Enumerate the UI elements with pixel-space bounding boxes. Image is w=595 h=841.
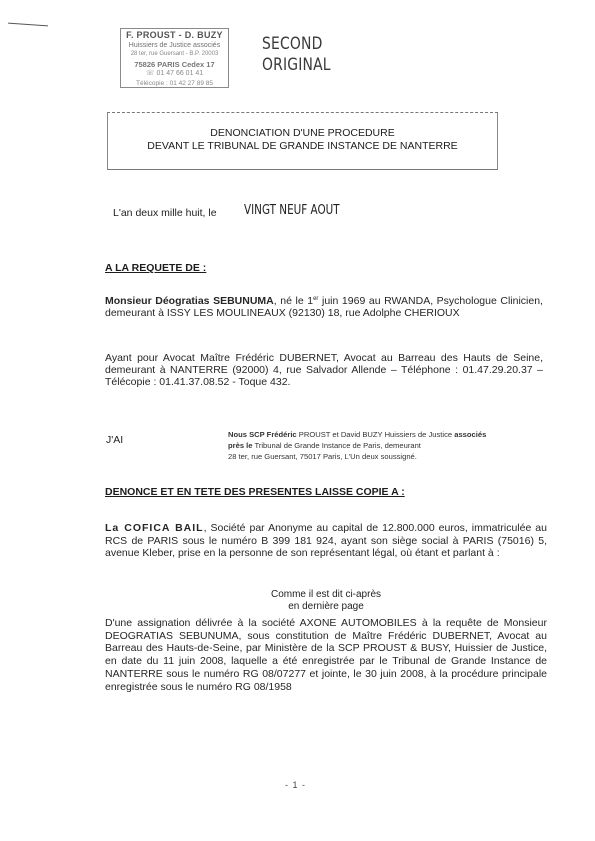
copy-mark: SECOND ORIGINAL — [262, 34, 346, 76]
date-handwritten: VINGT NEUF AOUT — [244, 203, 340, 218]
requerant-paragraph: Monsieur Déogratias SEBUNUMA, né le 1er … — [105, 295, 543, 319]
huissier-line2: près le Tribunal de Grande Instance de P… — [228, 440, 488, 451]
huissier-line1: Nous SCP Frédéric PROUST et David BUZY H… — [228, 429, 488, 440]
stamp-line-phone: ☏ 01 47 66 01 41 — [123, 69, 226, 79]
stamp-line-fax: Télécopie : 01 42 27 89 85 — [123, 79, 226, 89]
requerant-birth: , né le 1 — [274, 295, 313, 307]
stamp-line-city: 75826 PARIS Cedex 17 — [123, 60, 226, 70]
stamp-line-names: F. PROUST - D. BUZY — [123, 31, 226, 41]
denonce-heading: DENONCE ET EN TETE DES PRESENTES LAISSE … — [105, 486, 405, 498]
comme-line2: en dernière page — [105, 601, 547, 613]
huissier-line3: 28 ter, rue Guersant, 75017 Paris, L'Un … — [228, 451, 488, 462]
huissier-names: PROUST et David BUZY Huissiers de Justic… — [297, 430, 455, 439]
corner-pen-mark — [8, 23, 48, 27]
copy-mark-line2: ORIGINAL — [262, 55, 331, 76]
cofica-paragraph: La COFICA BAIL, Société par Anonyme au c… — [105, 522, 547, 560]
avocat-paragraph: Ayant pour Avocat Maître Frédéric DUBERN… — [105, 352, 543, 389]
company-name: La COFICA BAIL — [105, 522, 204, 534]
jai-label: J'AI — [106, 434, 123, 446]
huissier-tribunal: Tribunal de Grande Instance de Paris, de… — [252, 441, 420, 450]
copy-mark-line1: SECOND — [262, 34, 331, 55]
requerant-name: Monsieur Déogratias SEBUNUMA — [105, 295, 274, 307]
huissier-pres: près le — [228, 441, 252, 450]
requete-heading: A LA REQUETE DE : — [105, 262, 206, 274]
document-title-box: DENONCIATION D'UNE PROCEDURE DEVANT LE T… — [107, 112, 498, 170]
page-number: - 1 - — [285, 780, 306, 790]
comme-line1: Comme il est dit ci-après — [105, 589, 547, 601]
stamp-line-title: Huissiers de Justice associés — [123, 41, 226, 51]
date-prefix: L'an deux mille huit, le — [113, 207, 217, 219]
assignation-paragraph: D'une assignation délivrée à la société … — [105, 617, 547, 693]
stamp-line-address: 28 ter, rue Guersant - B.P. 20003 — [123, 50, 226, 60]
huissier-scp: Nous SCP Frédéric — [228, 430, 297, 439]
document-title-line1: DENONCIATION D'UNE PROCEDURE — [108, 127, 497, 139]
huissier-associes: associés — [454, 430, 486, 439]
huissier-stamp-text: Nous SCP Frédéric PROUST et David BUZY H… — [228, 429, 488, 462]
comme-note: Comme il est dit ci-après en dernière pa… — [105, 589, 547, 613]
document-title-line2: DEVANT LE TRIBUNAL DE GRANDE INSTANCE DE… — [108, 140, 497, 152]
bailiff-stamp: F. PROUST - D. BUZY Huissiers de Justice… — [120, 28, 229, 88]
